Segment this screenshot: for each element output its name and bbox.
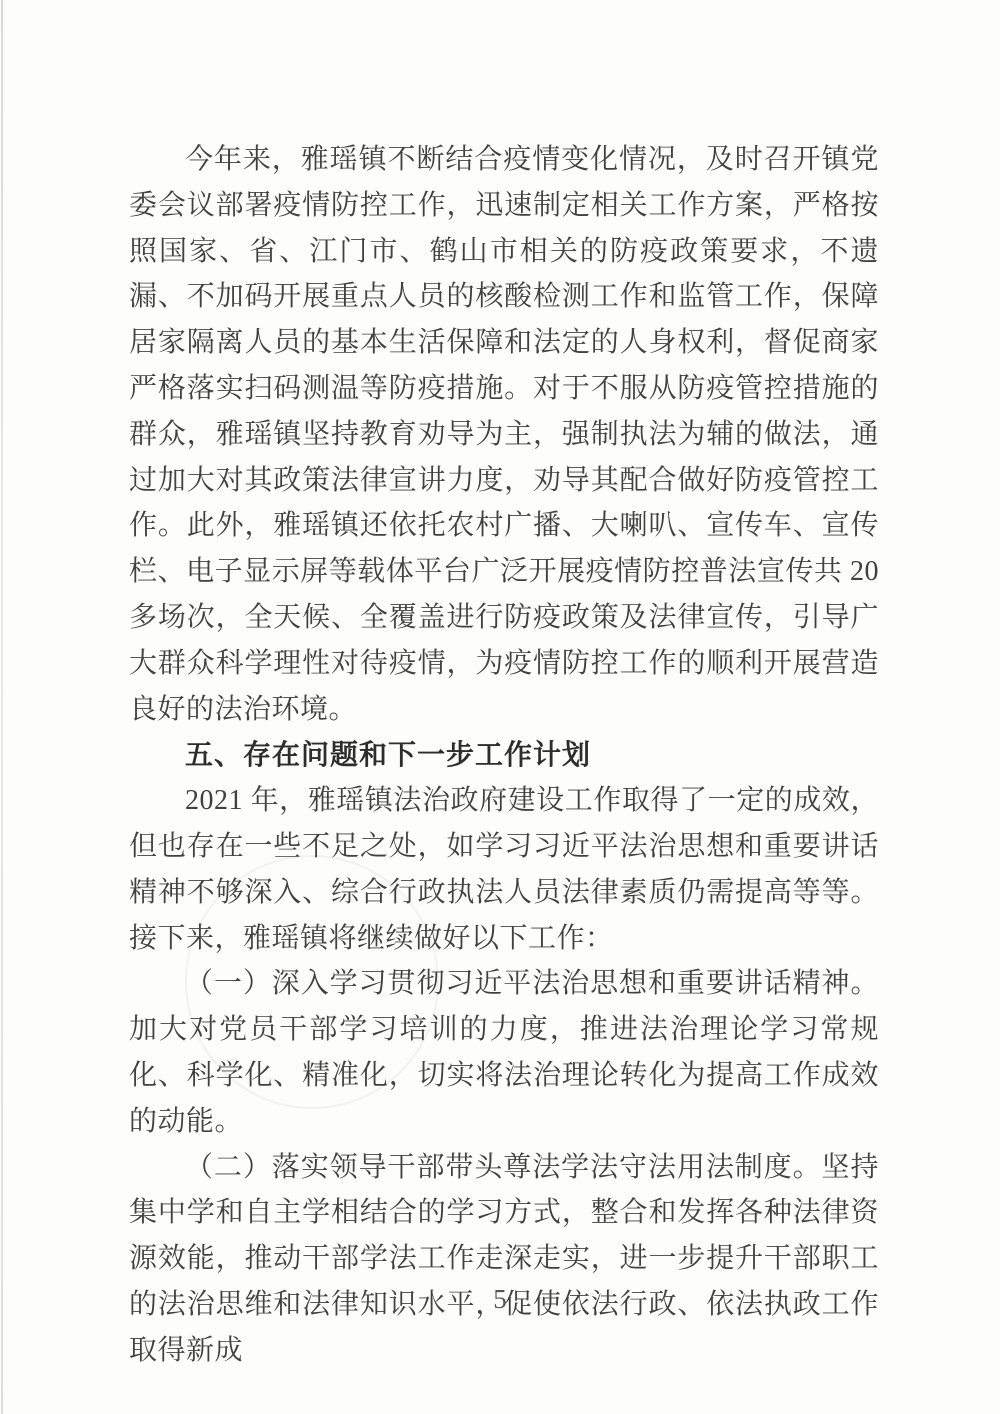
paragraph-covid-prevention-work: 今年来，雅瑶镇不断结合疫情变化情况，及时召开镇党委会议部署疫情防控工作，迅速制定… [129,137,879,732]
page-number: 5 [0,1284,1000,1315]
document-body: 今年来，雅瑶镇不断结合疫情变化情况，及时召开镇党委会议部署疫情防控工作，迅速制定… [129,137,879,1374]
paragraph-plan-item-2: （二）落实领导干部带头尊法学法守法用法制度。坚持集中学和自主学相结合的学习方式，… [129,1145,879,1374]
paragraph-plan-item-1: （一）深入学习贯彻习近平法治思想和重要讲话精神。加大对党员干部学习培训的力度，推… [129,961,879,1144]
page: 今年来，雅瑶镇不断结合疫情变化情况，及时召开镇党委会议部署疫情防控工作，迅速制定… [0,0,1000,1414]
paragraph-problems-overview: 2021 年，雅瑶镇法治政府建设工作取得了一定的成效，但也存在一些不足之处，如学… [129,778,879,961]
scan-edge-artifact [1,0,3,1414]
section-heading-problems-and-plan: 五、存在问题和下一步工作计划 [129,732,879,778]
